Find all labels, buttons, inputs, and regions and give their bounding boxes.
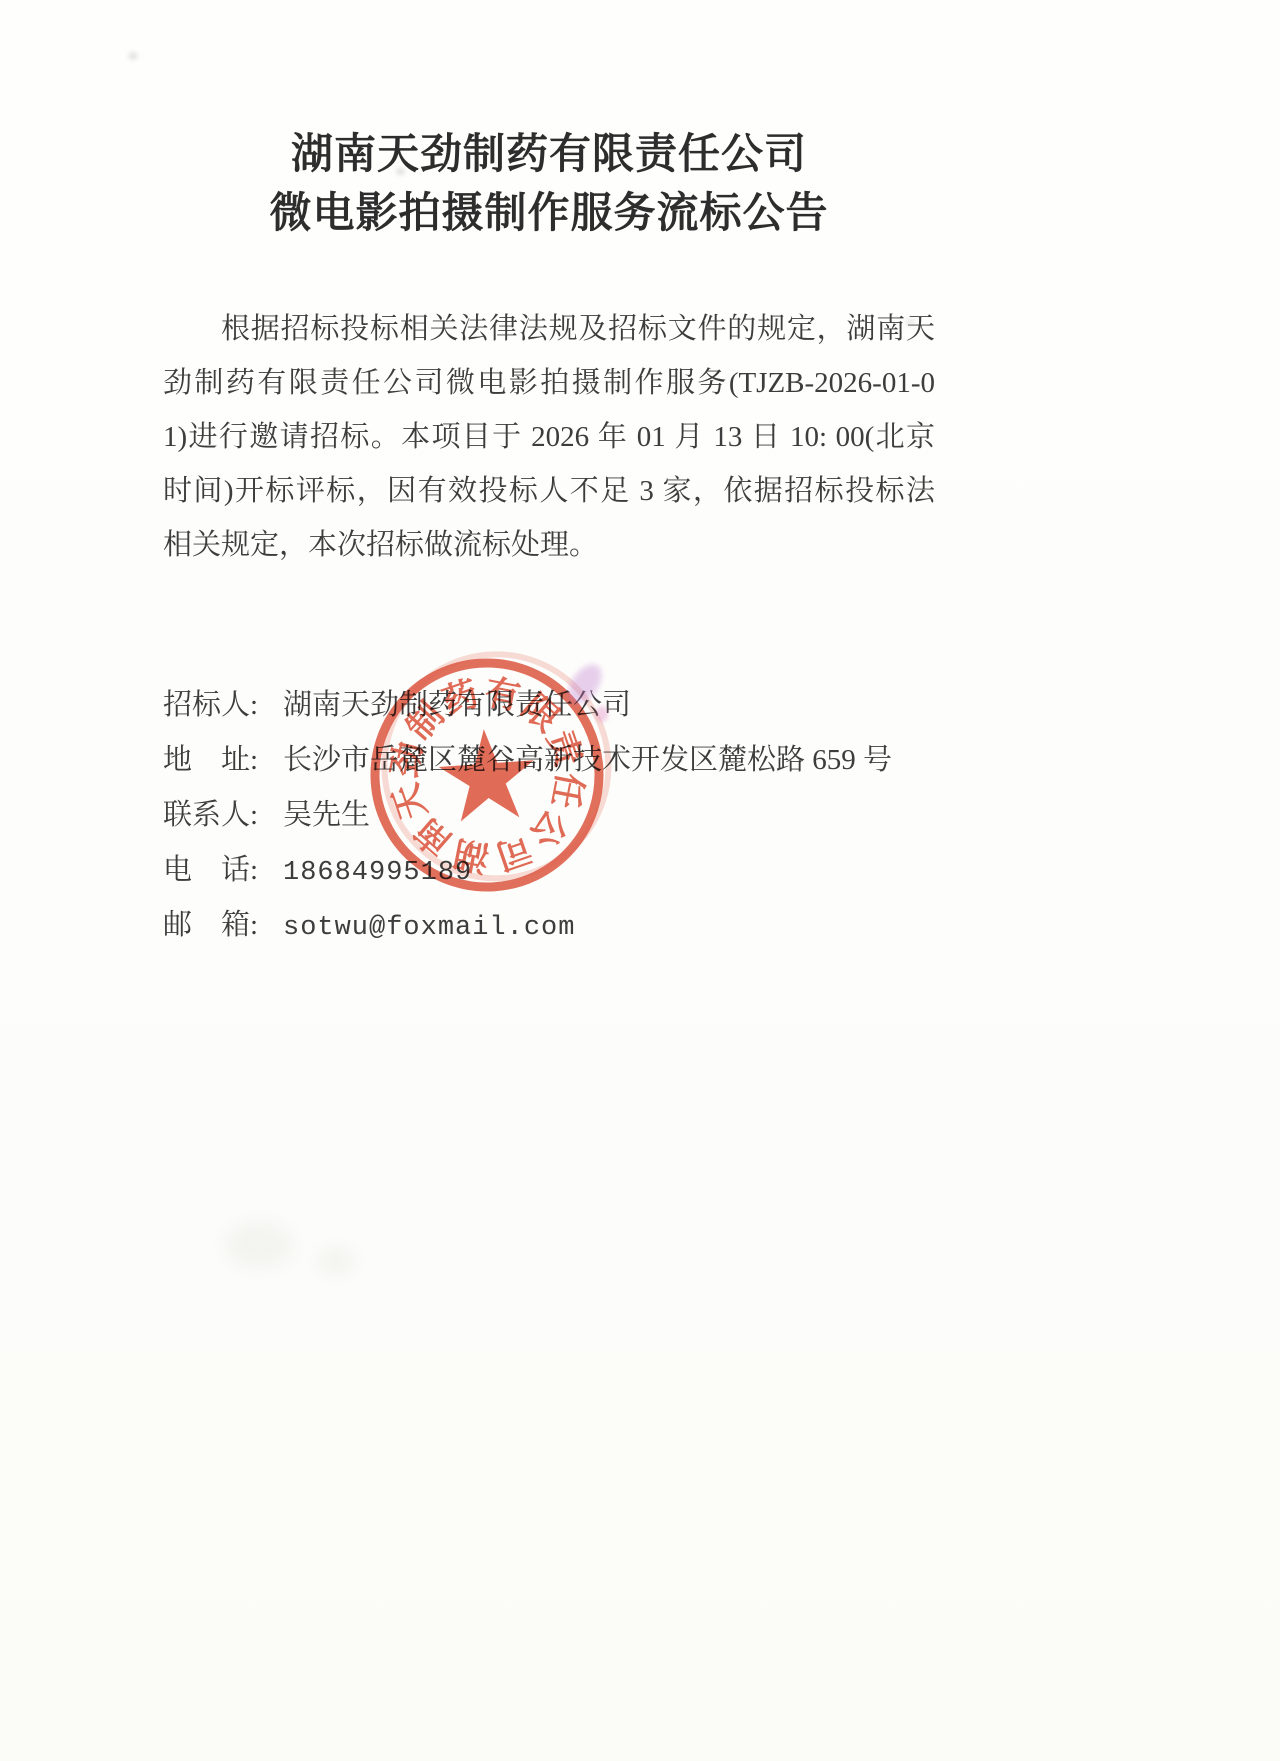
scan-speck <box>128 52 138 60</box>
address-value: 长沙市岳麓区麓谷高新技术开发区麓松路 659 号 <box>283 744 892 776</box>
paragraph-line: 时间)开标评标，因有效投标人不足 3 家，依据招标投标法 <box>163 464 935 518</box>
announcement-paragraph: 根据招标投标相关法律法规及招标文件的规定，湖南天 劲制药有限责任公司微电影拍摄制… <box>163 302 935 572</box>
email-value: sotwu@foxmail.com <box>283 913 575 943</box>
phone-row: 电 话:18684995189 <box>163 843 935 898</box>
document-title-line1: 湖南天劲制药有限责任公司 <box>163 126 935 185</box>
phone-label: 电 话: <box>163 843 269 898</box>
document-title-line2: 微电影拍摄制作服务流标公告 <box>163 185 935 244</box>
document-title: 湖南天劲制药有限责任公司 微电影拍摄制作服务流标公告 <box>163 126 935 244</box>
address-row: 地 址:长沙市岳麓区麓谷高新技术开发区麓松路 659 号 <box>163 733 935 788</box>
scan-smudge <box>224 1222 294 1268</box>
contact-person-label: 联系人: <box>163 788 269 843</box>
tenderer-value: 湖南天劲制药有限责任公司 <box>283 689 631 721</box>
scanned-document-page: 湖南天劲制药有限责任公司 微电影拍摄制作服务流标公告 根据招标投标相关法律法规及… <box>0 0 1280 1761</box>
paragraph-line: 劲制药有限责任公司微电影拍摄制作服务(TJZB-2026-01-0 <box>163 356 935 410</box>
scan-smudge <box>316 1246 356 1276</box>
phone-value: 18684995189 <box>283 858 472 888</box>
contact-info-block: 招标人:湖南天劲制药有限责任公司 地 址:长沙市岳麓区麓谷高新技术开发区麓松路 … <box>163 678 935 953</box>
email-row: 邮 箱:sotwu@foxmail.com <box>163 898 935 953</box>
contact-person-value: 吴先生 <box>283 799 370 831</box>
paragraph-line: 1)进行邀请招标。本项目于 2026 年 01 月 13 日 10: 00(北京 <box>163 410 935 464</box>
tenderer-label: 招标人: <box>163 678 269 733</box>
paragraph-line: 根据招标投标相关法律法规及招标文件的规定，湖南天 <box>163 302 935 356</box>
paragraph-line: 相关规定，本次招标做流标处理。 <box>163 518 935 572</box>
address-label: 地 址: <box>163 733 269 788</box>
tenderer-row: 招标人:湖南天劲制药有限责任公司 <box>163 678 935 733</box>
contact-person-row: 联系人:吴先生 <box>163 788 935 843</box>
email-label: 邮 箱: <box>163 898 269 953</box>
